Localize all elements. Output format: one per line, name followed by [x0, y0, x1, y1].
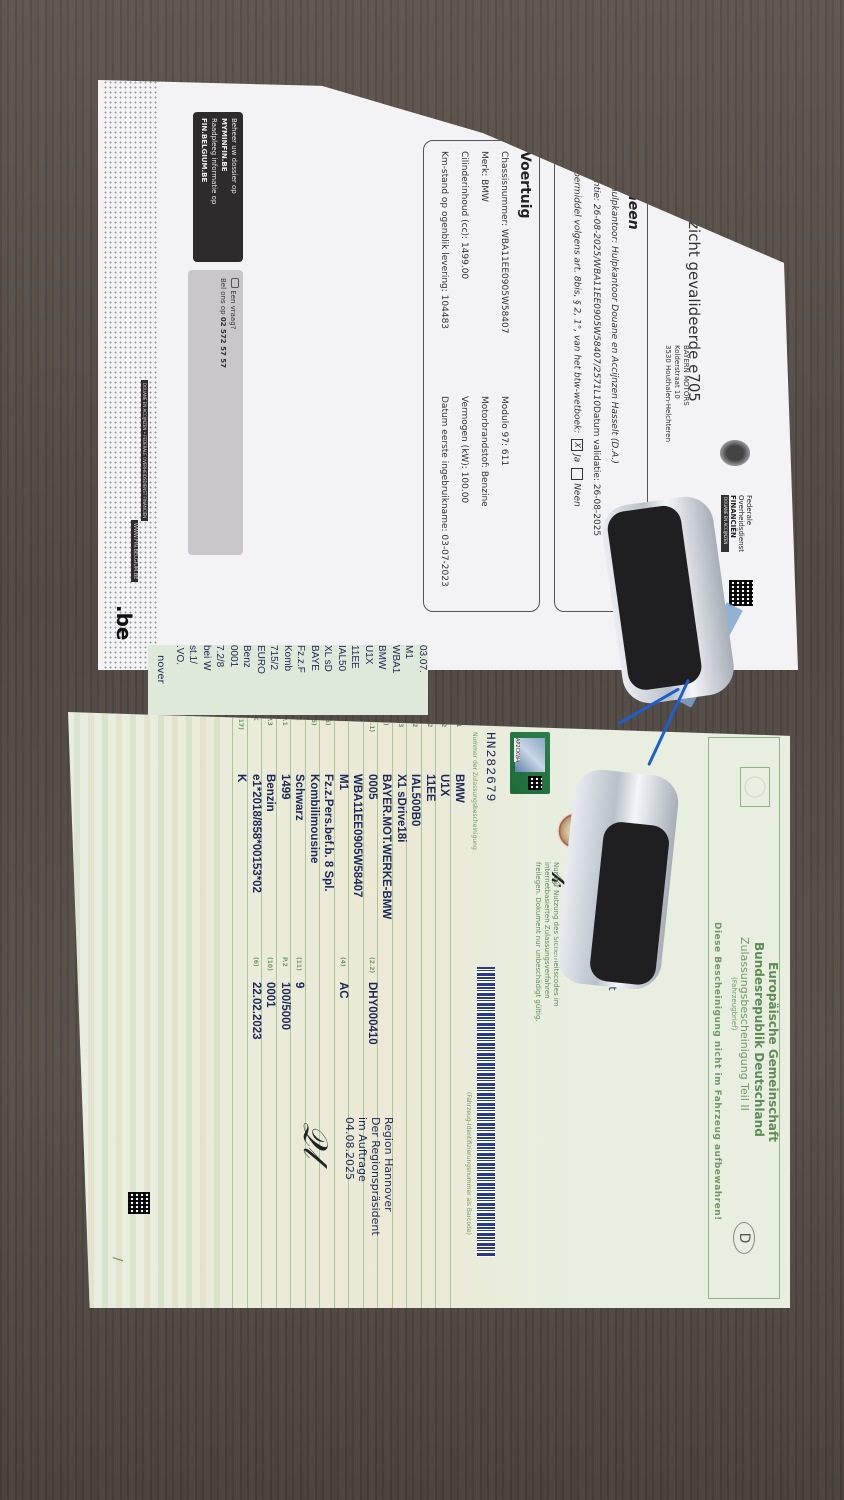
registration-field-row: RSchwarz(11)9 [291, 712, 306, 1308]
field-value: BMW [453, 774, 465, 803]
field-code: D.1 [455, 716, 462, 727]
back-sheet-label: nover [155, 655, 166, 684]
back-sheet-value: 03.07. [417, 645, 428, 705]
field-value: U1X [439, 774, 451, 796]
column-stripe [186, 712, 192, 1308]
registration-back-sheet: 03.07.M1WBA1BMWU1X11EEIAL50XL sDBAYEFz.z… [148, 645, 428, 715]
vin-barcode [477, 967, 495, 1257]
field-value: 11EE [424, 774, 436, 802]
field-code: P.3 [267, 716, 274, 726]
field-value: X1 sDrive18i [395, 774, 407, 842]
field-value: IAL500B0 [410, 774, 422, 826]
issuer-tagline: DOUANE EN ACCIJNZEN [721, 495, 729, 552]
field-value: Benzin [265, 774, 277, 812]
checkbox-yes[interactable]: X [571, 439, 583, 451]
vat-question: Vervoermiddel volgens art. 8bis, § 2, 1°… [572, 151, 582, 433]
chassis-number: Chassisnummer: WBA11EE0905W58407 [499, 151, 509, 333]
field-extra-code: (6) [252, 957, 259, 967]
issuer-line3: FINANCIËN [729, 495, 737, 552]
call-text: Bel ons op [219, 278, 227, 315]
back-sheet-content: 03.07.M1WBA1BMWU1X11EEIAL50XL sDBAYEFz.z… [148, 645, 428, 715]
authority2-line2: Der Regionspräsident [369, 1117, 382, 1236]
option-yes-label: Ja [572, 454, 582, 462]
brand: Merk: BMW [479, 151, 489, 202]
field-value: 1499 [279, 774, 291, 800]
power: Vermogen (kW): 100.00 [459, 396, 469, 503]
field-value: WBA11EE0905W58407 [352, 774, 364, 897]
header-subtitle: (Fahrzeugbrief) [730, 977, 738, 1030]
page-number: Pagina 1/1 [666, 176, 673, 208]
first-registration-date: Datum eerste ingebruikname: 03-07-2023 [439, 396, 449, 587]
info-text: Raadpleeg informatie op [209, 118, 219, 256]
registration-field-row: P.3Benzin(10)0001 [262, 712, 277, 1308]
column-stripe [214, 712, 220, 1308]
registration-field-row: D.2IAL500B0 [407, 712, 422, 1308]
registration-certificate: Europäische Gemeinschaft Bundesrepublik … [68, 712, 790, 1308]
fin-belgium-link[interactable]: FIN.BELGIUM.BE [199, 118, 209, 256]
registration-field-row: D.2U1X [436, 712, 451, 1308]
back-sheet-value: EURO [255, 645, 266, 705]
fuel: Motorbrandstof: Benzine [479, 396, 489, 507]
field-extra-value: 0001 [265, 982, 277, 1008]
field-extra-value: 100/5000 [279, 982, 291, 1030]
security-note: Nur zur Nutzung des Sicherheitscodes im … [533, 862, 560, 1022]
column-stripe [144, 712, 150, 1308]
authority2-date: 04.08.2025 [343, 1117, 356, 1236]
qr-code [729, 580, 753, 606]
back-sheet-value: M1 [404, 645, 415, 705]
back-sheet-value: 715/2 [269, 645, 280, 705]
belgian-coat-of-arms-icon [720, 440, 750, 466]
validation-date: Datum validatie: 26-08-2025 [591, 406, 601, 536]
website-band: WWW.FIN.BELGIUM.BE [131, 520, 138, 582]
car-key-2[interactable] [554, 767, 681, 992]
field-extra-code: (10) [267, 957, 274, 971]
field-code: K [252, 716, 259, 721]
back-sheet-value: bei W [201, 645, 212, 705]
header-country: Bundesrepublik Deutschland [752, 942, 766, 1137]
column-stripe [116, 712, 122, 1308]
field-code: D.2 [426, 716, 433, 727]
registration-field-row: D.1BMW [450, 712, 465, 1308]
footer-band: DOUANE EN ACCIJNZEN • FEDERALE OVERHEIDS… [141, 380, 148, 521]
chat-icon [231, 278, 239, 288]
serial-label: Nummer der Zulassungsbescheinigung [471, 732, 478, 850]
column-stripe [200, 712, 206, 1308]
back-sheet-value: XL sD [323, 645, 334, 705]
issuing-authority-2: Region Hannover Der Regionspräsident im … [343, 1117, 395, 1236]
hologram-code: AP2CKW4 [514, 738, 520, 762]
registration-field-row: P.11499P.2100/5000 [276, 712, 291, 1308]
field-extra-value: 22.02.2023 [250, 982, 262, 1040]
registration-field-row: Ke1*2018/858*00153*02(6)22.02.2023 [247, 712, 262, 1308]
back-sheet-value: Fz.z.F [296, 645, 307, 705]
option-no-label: Neen [572, 483, 582, 507]
field-extra-code: (4) [339, 957, 346, 967]
recipient-street: Kolderstraat 10 [672, 345, 681, 442]
column-stripe [102, 712, 108, 1308]
back-sheet-value: .VO. [174, 645, 185, 705]
field-code: D.2 [412, 716, 419, 727]
issuer-line1: Federale [745, 495, 753, 552]
issuer-logo-text: Federale Overheidsdienst FINANCIËN DOUAN… [721, 495, 753, 552]
column-stripe [130, 712, 136, 1308]
field-code: (5) [310, 716, 317, 726]
column-stripe [88, 712, 94, 1308]
column-stripe [74, 712, 80, 1308]
back-sheet-value: BAYE [309, 645, 320, 705]
customs-office: Douanehulpkantoor: Hulpkantoor Douane en… [609, 151, 619, 464]
printer-logo: / [111, 1257, 125, 1261]
field-code: (5) [325, 716, 332, 726]
vat-question-row: Vervoermiddel volgens art. 8bis, § 2, 1°… [571, 151, 583, 507]
storage-warning: Diese Bescheinigung nicht im Fahrzeug au… [712, 922, 722, 1221]
general-heading: Algemeen [625, 151, 641, 230]
vehicle-heading: Voertuig [517, 151, 533, 219]
field-value: Schwarz [294, 774, 306, 821]
barcode-label: (Fahrzeug-Identifizierungsnummer als Bar… [465, 1092, 472, 1235]
field-code: E [354, 716, 361, 720]
field-value: M1 [337, 774, 349, 790]
vehicle-section: Voertuig Chassisnummer: WBA11EE0905W5840… [423, 140, 540, 612]
column-stripe [172, 712, 178, 1308]
question-text: Een vraag? [229, 290, 237, 329]
serial-number: HN282679 [483, 732, 498, 802]
be-logo: .be [112, 605, 136, 640]
displacement: Cilinderinhoud (cc): 1499.00 [459, 151, 469, 279]
modulo: Modulo 97: 611 [499, 396, 509, 466]
field-value: Kombilimousine [308, 774, 320, 863]
mileage: Km-stand op ogenblik levering: 104483 [439, 151, 449, 329]
field-code: (2.1) [368, 716, 375, 732]
field-code: R [296, 716, 303, 721]
myminfin-panel: Beheer uw dossier op MYMINFIN.BE Raadple… [193, 112, 243, 262]
checkbox-no[interactable] [571, 468, 583, 480]
header-eu: Europäische Gemeinschaft [766, 962, 780, 1142]
datamatrix-code [128, 1192, 150, 1214]
back-sheet-value: U1X [363, 645, 374, 705]
header-doc-type: Zulassungsbescheinigung Teil II [738, 937, 751, 1111]
field-extra-value: AC [337, 982, 349, 999]
field-value: K [236, 774, 248, 782]
reference: Referentie: 26-08-2025/WBA11EE0905W58407… [591, 151, 601, 406]
back-sheet-value: 0001 [228, 645, 239, 705]
security-hologram: AP2CKW4 [510, 732, 550, 794]
authority2-line3: im Auftrage [356, 1117, 369, 1236]
contact-panel: Een vraag? Bel ons op 02 572 57 57 [188, 270, 243, 555]
field-code: P.1 [281, 716, 288, 726]
dossier-text: Beheer uw dossier op [229, 118, 239, 256]
recipient-address: BAYERN MOTORS Kolderstraat 10 3530 Houth… [663, 345, 690, 442]
recipient-city: 3530 Houthalen-Helchteren [663, 345, 672, 442]
phone-number[interactable]: 02 572 57 57 [219, 317, 227, 368]
field-extra-code: P.2 [281, 957, 288, 967]
registration-field-row: (17)K [233, 712, 248, 1308]
back-sheet-value: WBA1 [390, 645, 401, 705]
back-sheet-value: IAL50 [336, 645, 347, 705]
back-sheet-value: Komb [282, 645, 293, 705]
field-code: (2) [383, 716, 390, 726]
field-value: BAYER.MOT.WERKE-BMW [381, 774, 393, 919]
field-code: D.3 [397, 716, 404, 727]
field-value: e1*2018/858*00153*02 [250, 774, 262, 893]
eu-flag-icon [740, 767, 770, 807]
column-stripe [158, 712, 164, 1308]
back-sheet-value: BMW [377, 645, 388, 705]
field-code: D.2 [441, 716, 448, 727]
issuer-line2: Overheidsdienst [737, 495, 745, 552]
field-extra-code: (2.2) [368, 957, 375, 973]
myminfin-link[interactable]: MYMINFIN.BE [219, 118, 229, 256]
registration-field-row: D.211EE [421, 712, 436, 1308]
field-extra-code: (11) [296, 957, 303, 971]
field-extra-value: 9 [294, 982, 306, 988]
country-code-oval: D [733, 1222, 755, 1254]
recipient-name: BAYERN MOTORS [681, 345, 690, 442]
back-sheet-value: 11EE [350, 645, 361, 705]
authority2-line1: Region Hannover [382, 1117, 395, 1236]
back-sheet-value: st.1/ [188, 645, 199, 705]
field-value: Fz.z.Pers.bef.b. 8 Spl. [323, 774, 335, 892]
back-sheet-value: Benz [242, 645, 253, 705]
field-value: 0005 [366, 774, 378, 800]
registration-content: Europäische Gemeinschaft Bundesrepublik … [68, 712, 790, 1308]
registration-field-row: (5)Kombilimousine [305, 712, 320, 1308]
signature-2: 𝒬𝓁 [295, 1122, 335, 1158]
field-code: J [339, 716, 346, 718]
field-extra-value: DHY000410 [366, 982, 378, 1045]
back-sheet-value: 7.2/8 [215, 645, 226, 705]
field-code: (17) [238, 716, 245, 730]
registration-field-row: (5)Fz.z.Pers.bef.b. 8 Spl. [320, 712, 335, 1308]
